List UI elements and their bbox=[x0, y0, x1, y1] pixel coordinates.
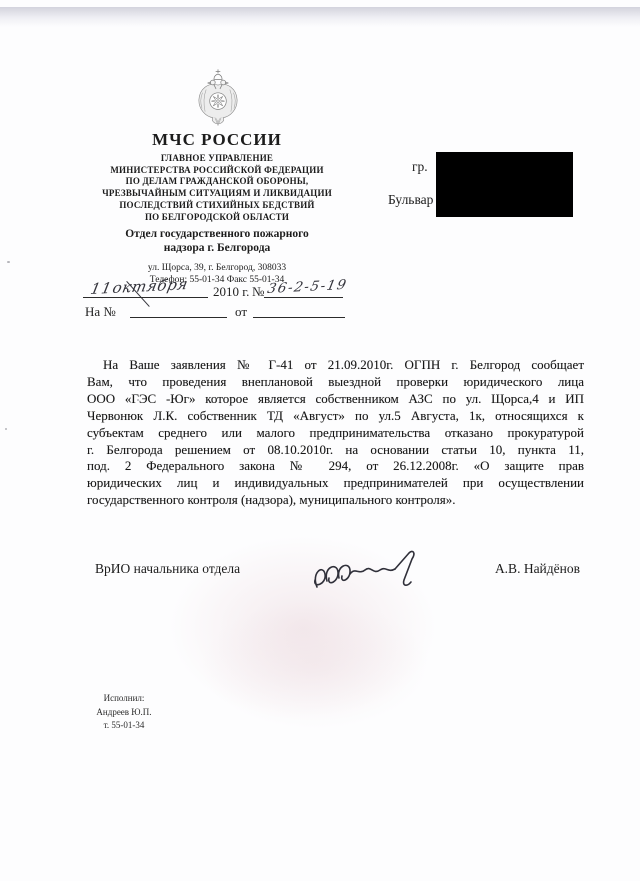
body-line: субъектам среднего или малого предприним… bbox=[87, 425, 584, 442]
redaction-block bbox=[436, 152, 573, 217]
handwritten-signature-icon bbox=[303, 543, 433, 601]
scanner-edge-band bbox=[0, 7, 640, 27]
org-header-line: ЧРЕЗВЫЧАЙНЫМ СИТУАЦИЯМ И ЛИКВИДАЦИИ bbox=[37, 188, 397, 200]
executor-phone: т. 55-01-34 bbox=[86, 719, 162, 733]
number-underline bbox=[264, 297, 343, 298]
paper-stain bbox=[200, 600, 430, 730]
org-header-line: ГЛАВНОЕ УПРАВЛЕНИЕ bbox=[37, 153, 397, 165]
body-line: г. Белгорода решением от 08.10.2010г. на… bbox=[87, 442, 584, 459]
executor-label: Исполнил: bbox=[86, 692, 162, 706]
year-label: 2010 г. bbox=[213, 284, 249, 300]
org-address: ул. Щорса, 39, г. Белгород, 308033 bbox=[37, 262, 397, 274]
body-line: юридических лиц и индивидуальных предпри… bbox=[87, 475, 584, 492]
letter-body: На Ваше заявления № Г-41 от 21.09.2010г.… bbox=[87, 357, 584, 509]
body-line: Червонюк Л.К. собственник ТД «Август» по… bbox=[87, 408, 584, 425]
handwritten-date-day: 11 bbox=[89, 279, 114, 298]
org-header-line: ПО БЕЛГОРОДСКОЙ ОБЛАСТИ bbox=[37, 212, 397, 224]
body-line: ООО «ГЭС -Юг» которое является собственн… bbox=[87, 391, 584, 408]
org-unit-name: Отдел государственного пожарного надзора… bbox=[37, 228, 397, 255]
body-line: Вам, что проведения внеплановой выездной… bbox=[87, 374, 584, 391]
recipient-street-prefix: Бульвар bbox=[388, 192, 433, 208]
handwritten-date-month: октября bbox=[111, 275, 190, 297]
org-header-line: ПОСЛЕДСТВИЙ СТИХИЙНЫХ БЕДСТВИЙ bbox=[37, 200, 397, 212]
org-unit-line: Отдел государственного пожарного bbox=[37, 228, 397, 242]
incoming-from-label: от bbox=[235, 304, 247, 320]
body-line: под. 2 Федерального закона № 294, от 26.… bbox=[87, 458, 584, 475]
scan-speck bbox=[5, 428, 7, 430]
handwritten-outgoing-number: 36-2-5-19 bbox=[266, 277, 349, 297]
date-underline bbox=[83, 297, 208, 298]
org-title: МЧС РОССИИ bbox=[37, 130, 397, 149]
executor-name: Андреев Ю.П. bbox=[86, 706, 162, 720]
signer-name: А.В. Найдёнов bbox=[440, 561, 580, 577]
signer-position: ВрИО начальника отдела bbox=[95, 561, 240, 577]
mchs-eagle-emblem-icon bbox=[192, 68, 244, 128]
recipient-salutation: гр. bbox=[412, 159, 428, 175]
letterhead: МЧС РОССИИ ГЛАВНОЕ УПРАВЛЕНИЕ МИНИСТЕРСТ… bbox=[37, 130, 397, 286]
scan-speck bbox=[7, 261, 10, 263]
body-line: На Ваше заявления № Г-41 от 21.09.2010г.… bbox=[87, 357, 584, 374]
org-unit-line: надзора г. Белгорода bbox=[37, 242, 397, 256]
number-sign: № bbox=[252, 284, 264, 300]
org-header-line: ПО ДЕЛАМ ГРАЖДАНСКОЙ ОБОРОНЫ, bbox=[37, 176, 397, 188]
incoming-date-underline bbox=[253, 317, 345, 318]
org-header-line: МИНИСТЕРСТВА РОССИЙСКОЙ ФЕДЕРАЦИИ bbox=[37, 165, 397, 177]
incoming-number-underline bbox=[130, 317, 227, 318]
executor-block: Исполнил: Андреев Ю.П. т. 55-01-34 bbox=[86, 692, 162, 733]
body-line: государственного контроля (надзора), мун… bbox=[87, 492, 584, 509]
scanned-letter-page: МЧС РОССИИ ГЛАВНОЕ УПРАВЛЕНИЕ МИНИСТЕРСТ… bbox=[0, 0, 640, 881]
incoming-number-label: На № bbox=[85, 304, 116, 320]
